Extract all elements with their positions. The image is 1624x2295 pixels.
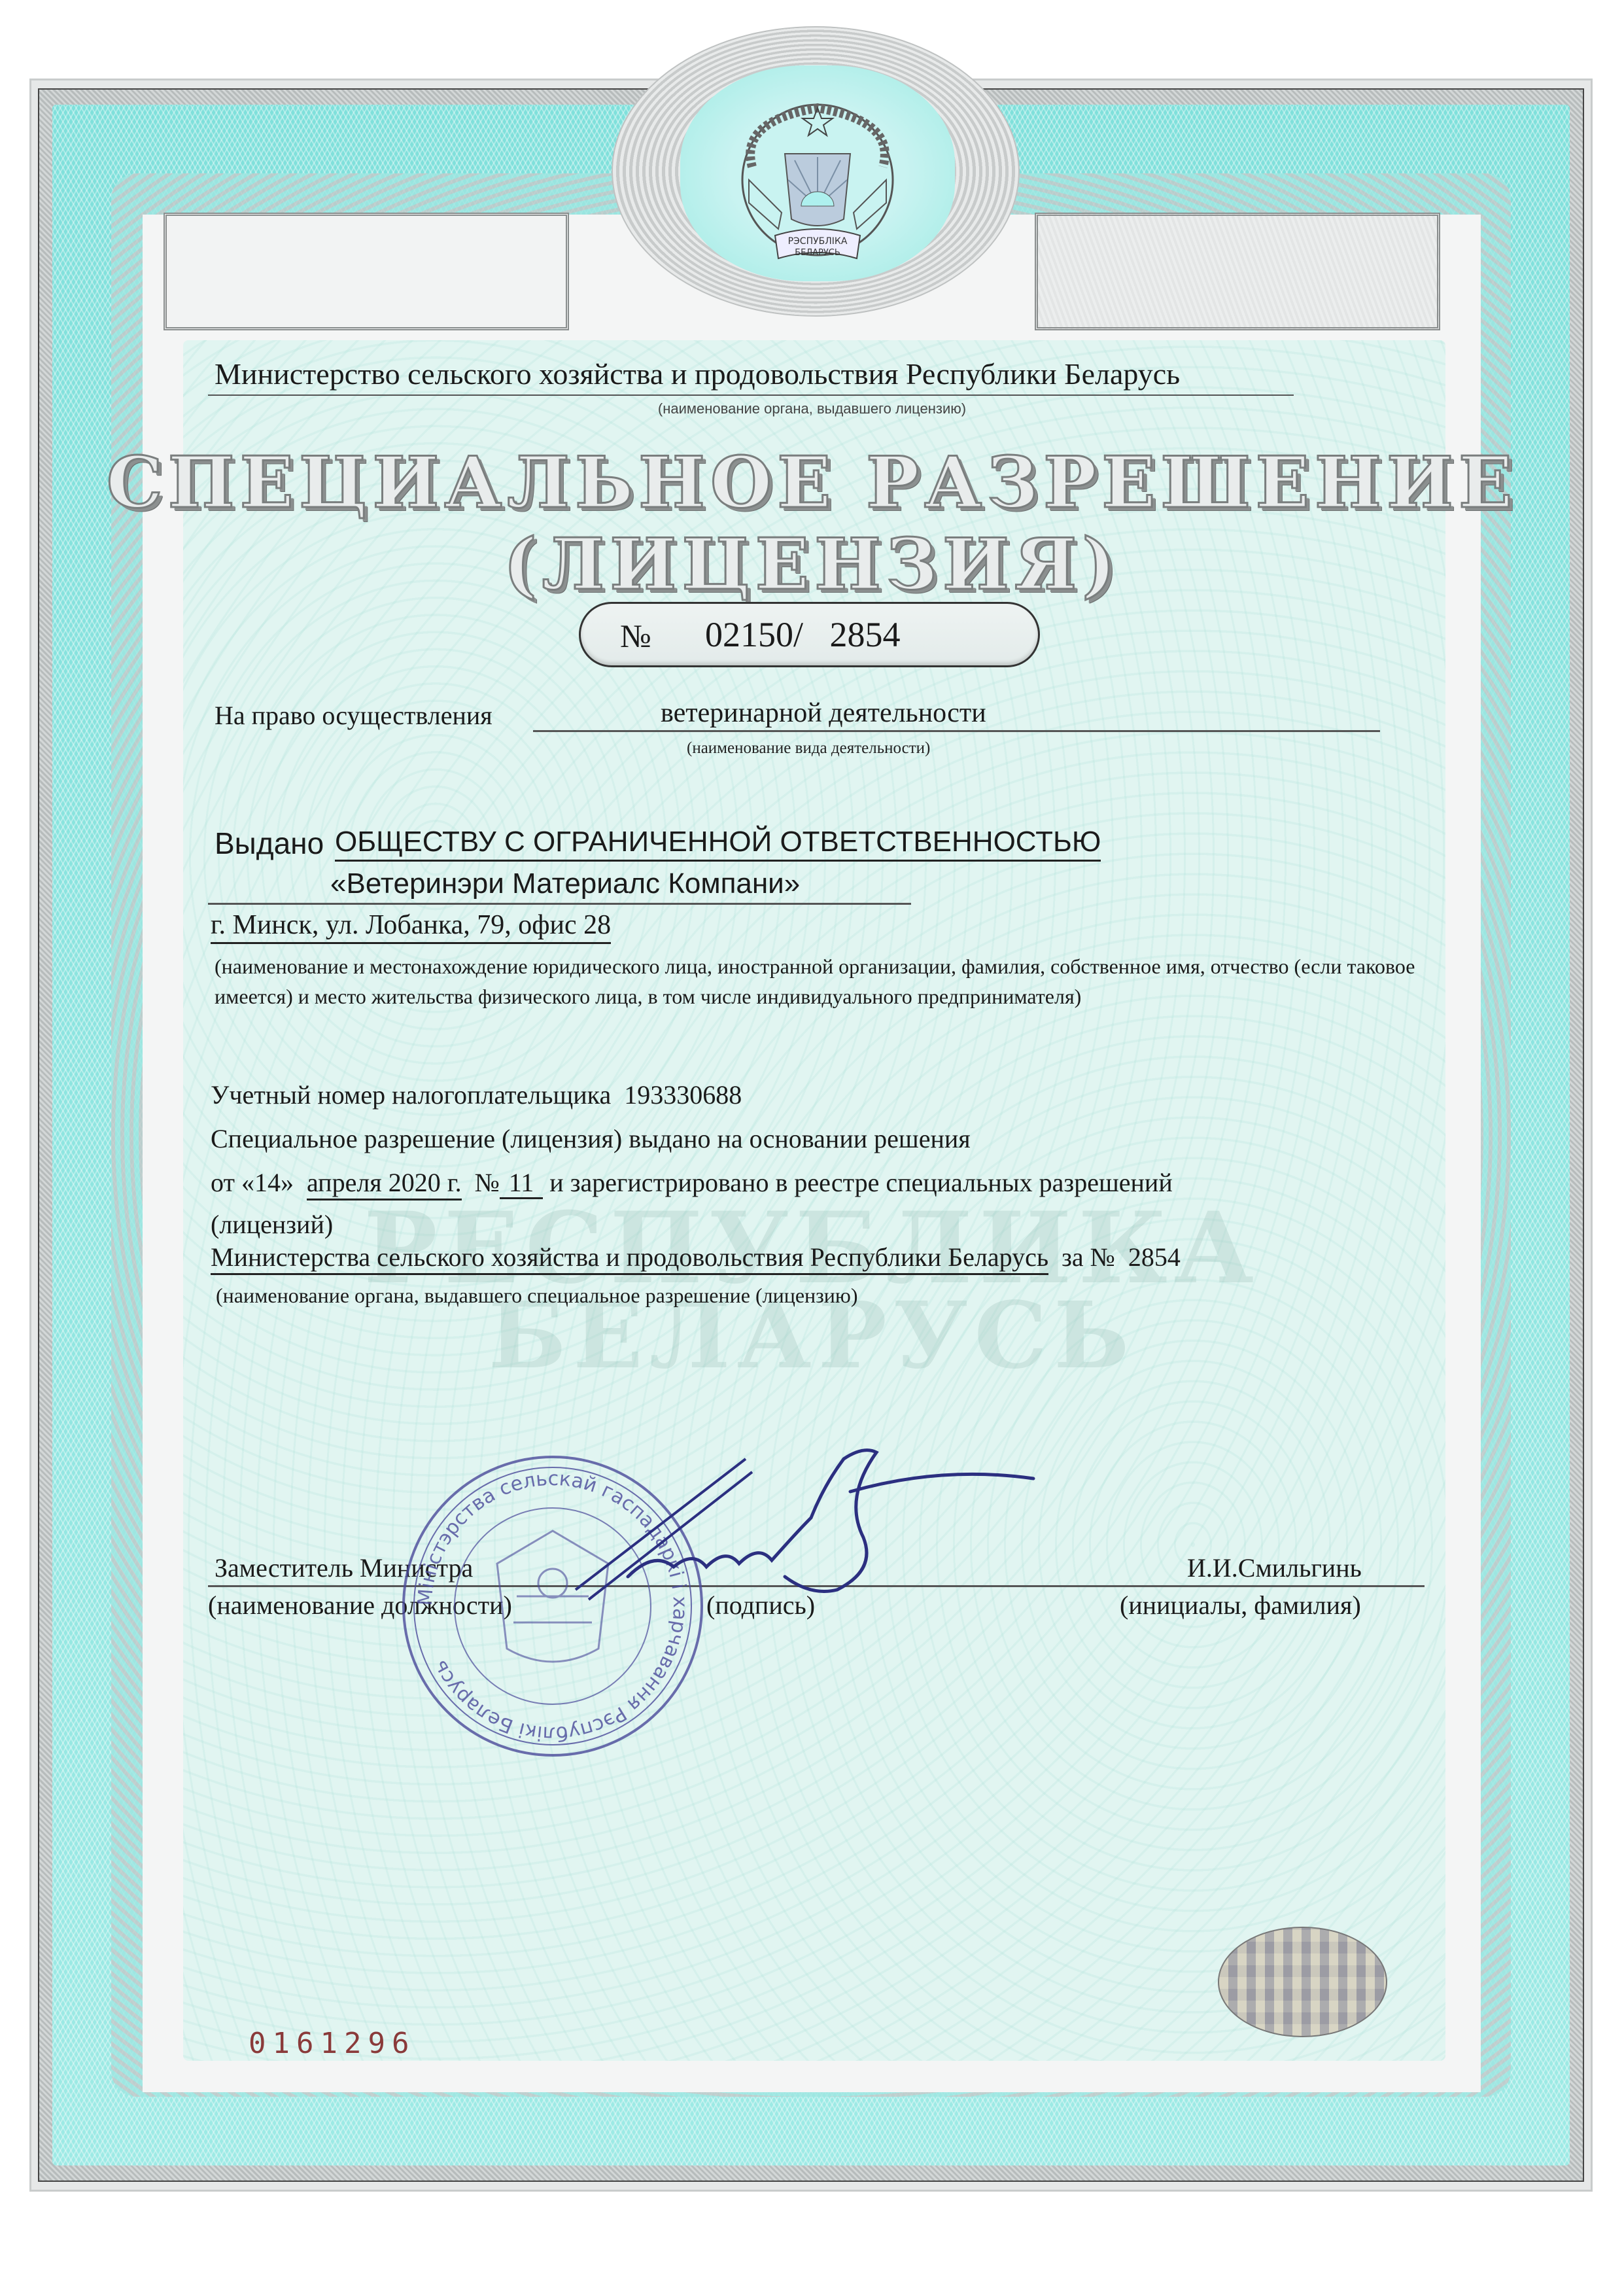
activity-type: ветеринарной деятельности	[661, 697, 986, 729]
holder-name: «Ветеринэри Материалс Компани»	[330, 867, 800, 900]
registry-authority: Министерства сельского хозяйства и продо…	[211, 1242, 1048, 1275]
signatory-name: И.И.Смильгинь	[1187, 1552, 1362, 1583]
tax-number: 193330688	[624, 1080, 742, 1110]
hologram-icon	[1218, 1927, 1387, 2037]
holder-name-underline	[208, 903, 911, 905]
activity-underline	[533, 730, 1380, 732]
svg-text:БЕЛАРУСЬ: БЕЛАРУСЬ	[795, 248, 840, 258]
header-panel-left	[164, 213, 569, 330]
registry-line: Министерства сельского хозяйства и продо…	[211, 1242, 1181, 1272]
decision-line: от «14» апреля 2020 г. №11 и зарегистрир…	[211, 1167, 1173, 1198]
issuer-underline	[208, 394, 1294, 396]
issued-to-label: Выдано	[215, 826, 324, 861]
activity-label: На право осуществления	[215, 700, 492, 731]
handwritten-signature	[536, 1420, 1073, 1629]
document-title: СПЕЦИАЛЬНОЕ РАЗРЕШЕНИЕ	[0, 442, 1624, 524]
name-caption: (инициалы, фамилия)	[1120, 1590, 1361, 1621]
holder-legal-form: ОБЩЕСТВУ С ОГРАНИЧЕННОЙ ОТВЕТСТВЕННОСТЬЮ	[335, 826, 1101, 862]
decision-number: 11	[500, 1168, 544, 1199]
decision-suffix: и зарегистрировано в реестре специальных…	[549, 1168, 1172, 1197]
decision-number-sign: №	[475, 1168, 500, 1197]
issuing-authority: Министерство сельского хозяйства и продо…	[215, 357, 1180, 391]
license-number: 02150/ 2854	[705, 614, 901, 655]
licenses-paren: (лицензий)	[211, 1209, 333, 1240]
registry-number-label: за №	[1062, 1242, 1115, 1272]
registry-caption: (наименование органа, выдавшего специаль…	[216, 1284, 857, 1308]
tax-number-line: Учетный номер налогоплательщика 19333068…	[211, 1079, 742, 1110]
activity-caption: (наименование вида деятельности)	[687, 739, 930, 758]
license-number-box: № 02150/ 2854	[579, 602, 1040, 667]
document-subtitle: (ЛИЦЕНЗИЯ)	[0, 523, 1624, 606]
holder-caption: (наименование и местонахождение юридичес…	[215, 951, 1431, 1011]
state-emblem-icon: РЭСПУБЛІКА БЕЛАРУСЬ	[713, 95, 922, 278]
form-serial-number: 0161296	[249, 2027, 415, 2060]
decision-date: апреля 2020 г.	[307, 1168, 462, 1200]
holder-address: г. Минск, ул. Лобанка, 79, офис 28	[211, 909, 611, 944]
issuer-caption: (наименование органа, выдавшего лицензию…	[0, 400, 1624, 417]
decision-day: от «14»	[211, 1168, 294, 1197]
registry-number: 2854	[1128, 1242, 1181, 1272]
header-panel-right	[1035, 213, 1440, 330]
basis-text: Специальное разрешение (лицензия) выдано…	[211, 1123, 971, 1154]
svg-text:РЭСПУБЛІКА: РЭСПУБЛІКА	[788, 236, 848, 247]
tax-number-label: Учетный номер налогоплательщика	[211, 1080, 611, 1110]
number-sign: №	[620, 617, 651, 655]
